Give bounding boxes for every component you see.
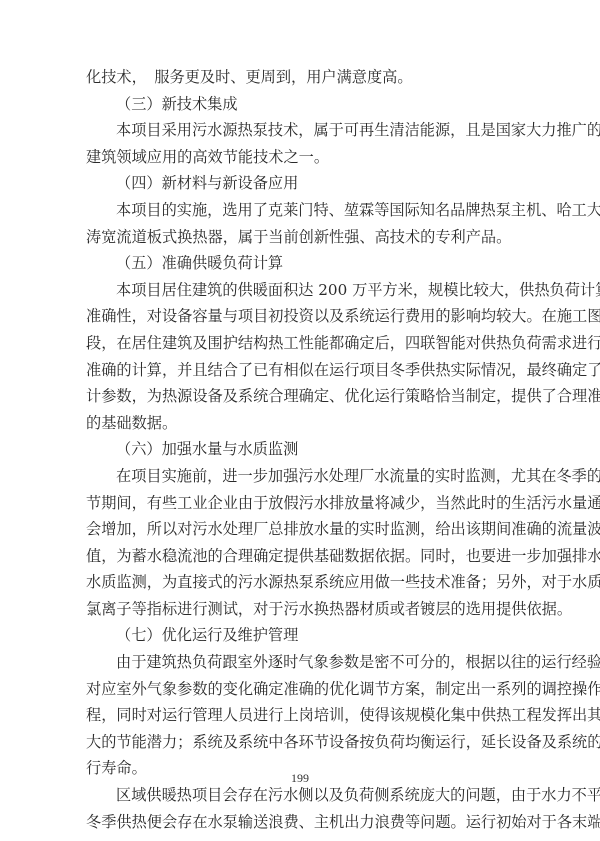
text-line: 段，在居住建筑及围护结构热工性能都确定后，四联智能对供热负荷需求进行了 (86, 330, 514, 357)
text-line: 大的节能潜力；系统及系统中各环节设备按负荷均衡运行，延长设备及系统的运 (86, 729, 514, 756)
text-line: 涛宽流道板式换热器，属于当前创新性强、高技术的专利产品。 (86, 224, 514, 251)
text-line: 在项目实施前，进一步加强污水处理厂水流量的实时监测，尤其在冬季的春 (86, 463, 514, 490)
section-heading-7: （七）优化运行及维护管理 (86, 622, 514, 649)
text-line: 化技术， 服务更及时、更周到，用户满意度高。 (86, 64, 514, 91)
section-heading-3: （三）新技术集成 (86, 91, 514, 118)
text-line: 氯离子等指标进行测试，对于污水换热器材质或者镀层的选用提供依据。 (86, 596, 514, 623)
text-line: 会增加，所以对污水处理厂总排放水量的实时监测，给出该期间准确的流量波动 (86, 516, 514, 543)
text-line: 节期间，有些工业企业由于放假污水排放量将减少，当然此时的生活污水量通常 (86, 490, 514, 517)
page-number: 199 (0, 771, 600, 786)
text-line: 区域供暖热项目会存在污水侧以及负荷侧系统庞大的问题，由于水力不平衡 (86, 782, 514, 809)
text-line: 值，为蓄水稳流池的合理确定提供基础数据依据。同时，也要进一步加强排水的 (86, 543, 514, 570)
document-page: 化技术， 服务更及时、更周到，用户满意度高。 （三）新技术集成 本项目采用污水源… (86, 64, 514, 835)
section-heading-5: （五）准确供暖负荷计算 (86, 250, 514, 277)
text-line: 计参数，为热源设备及系统合理确定、优化运行策略恰当制定，提供了合理准确 (86, 383, 514, 410)
text-line: 冬季供热便会存在水泵输送浪费、主机出力浪费等问题。运行初始对于各末端均 (86, 809, 514, 836)
text-line: 由于建筑热负荷跟室外逐时气象参数是密不可分的，根据以往的运行经验， (86, 649, 514, 676)
text-line: 建筑领域应用的高效节能技术之一。 (86, 144, 514, 171)
text-line: 本项目居住建筑的供暖面积达 200 万平方米，规模比较大，供热负荷计算的 (86, 277, 514, 304)
text-line: 的基础数据。 (86, 410, 514, 437)
text-line: 水质监测，为直接式的污水源热泵系统应用做一些技术准备；另外，对于水质中 (86, 569, 514, 596)
text-line: 程，同时对运行管理人员进行上岗培训，使得该规模化集中供热工程发挥出其最 (86, 702, 514, 729)
text-line: 本项目的实施，选用了克莱门特、堃霖等国际知名品牌热泵主机、哈工大金 (86, 197, 514, 224)
section-heading-4: （四）新材料与新设备应用 (86, 170, 514, 197)
text-line: 本项目采用污水源热泵技术，属于可再生清洁能源，且是国家大力推广的在 (86, 117, 514, 144)
text-line: 准确的计算，并且结合了已有相似在运行项目冬季供热实际情况，最终确定了设 (86, 357, 514, 384)
section-heading-6: （六）加强水量与水质监测 (86, 436, 514, 463)
text-line: 对应室外气象参数的变化确定准确的优化调节方案，制定出一系列的调控操作规 (86, 676, 514, 703)
text-line: 准确性，对设备容量与项目初投资以及系统运行费用的影响均较大。在施工图阶 (86, 303, 514, 330)
